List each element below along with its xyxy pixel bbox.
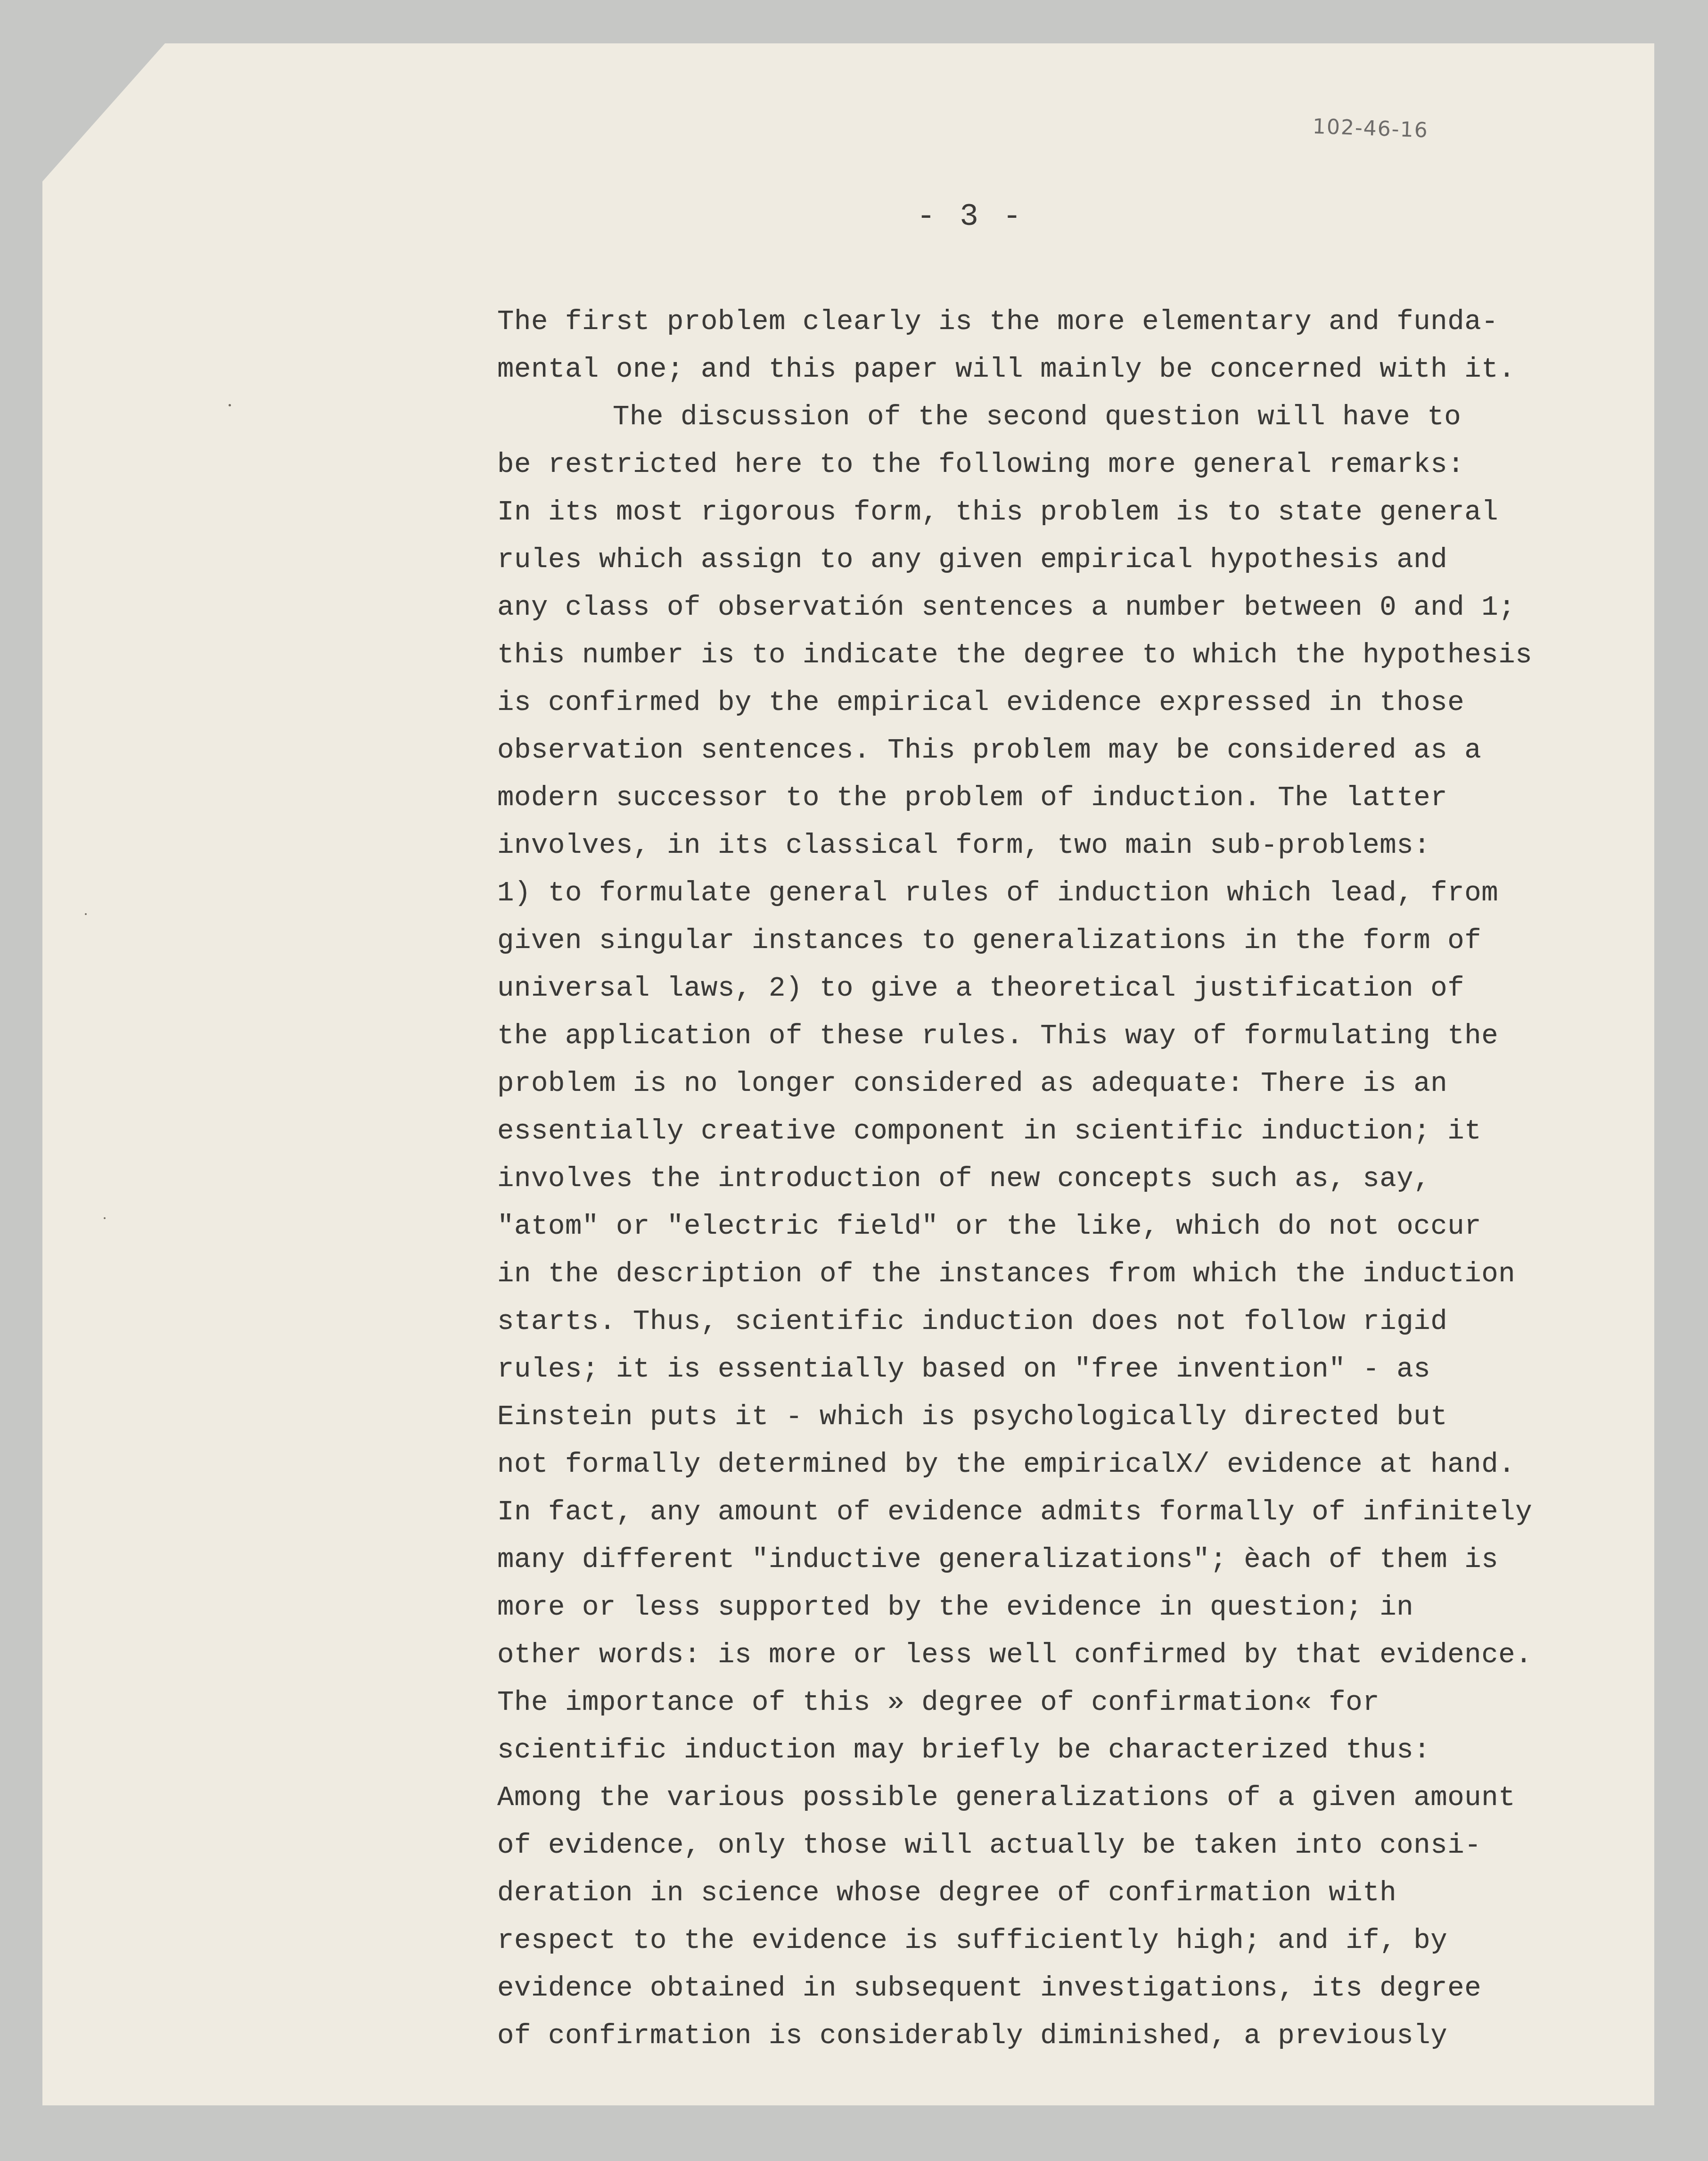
text-line: modern successor to the problem of induc… (497, 774, 1708, 822)
paper-speck (104, 1217, 106, 1219)
paper-speck (229, 404, 231, 406)
page-number: - 3 - (917, 199, 1024, 234)
text-line: rules; it is essentially based on "free … (497, 1345, 1708, 1393)
text-line: starts. Thus, scientific induction does … (497, 1298, 1708, 1345)
text-line: The discussion of the second question wi… (497, 393, 1708, 441)
text-line: essentially creative component in scient… (497, 1107, 1708, 1155)
text-line: Among the various possible generalizatio… (497, 1774, 1708, 1822)
text-line: The importance of this » degree of confi… (497, 1679, 1708, 1726)
text-line: of confirmation is considerably diminish… (497, 2012, 1708, 2060)
text-line: rules which assign to any given empirica… (497, 536, 1708, 584)
text-line: not formally determined by the empirical… (497, 1441, 1708, 1488)
text-line: deration in science whose degree of conf… (497, 1869, 1708, 1917)
text-line: involves, in its classical form, two mai… (497, 822, 1708, 869)
text-line: many different "inductive generalization… (497, 1536, 1708, 1584)
text-line: scientific induction may briefly be char… (497, 1726, 1708, 1774)
text-line: 1) to formulate general rules of inducti… (497, 869, 1708, 917)
text-line: given singular instances to generalizati… (497, 917, 1708, 965)
text-line: is confirmed by the empirical evidence e… (497, 679, 1708, 726)
text-line: mental one; and this paper will mainly b… (497, 346, 1708, 393)
text-line: involves the introduction of new concept… (497, 1155, 1708, 1203)
text-line: the application of these rules. This way… (497, 1012, 1708, 1060)
text-line: respect to the evidence is sufficiently … (497, 1917, 1708, 1964)
text-line: In its most rigorous form, this problem … (497, 488, 1708, 536)
text-line: Einstein puts it - which is psychologica… (497, 1393, 1708, 1441)
text-line: be restricted here to the following more… (497, 441, 1708, 488)
text-line: in the description of the instances from… (497, 1250, 1708, 1298)
text-line: The first problem clearly is the more el… (497, 298, 1708, 346)
text-line: this number is to indicate the degree to… (497, 631, 1708, 679)
text-line: more or less supported by the evidence i… (497, 1584, 1708, 1631)
text-line: "atom" or "electric field" or the like, … (497, 1203, 1708, 1250)
paper-speck (85, 913, 87, 915)
text-line: evidence obtained in subsequent investig… (497, 1964, 1708, 2012)
text-line: universal laws, 2) to give a theoretical… (497, 965, 1708, 1012)
text-line: of evidence, only those will actually be… (497, 1822, 1708, 1869)
text-line: In fact, any amount of evidence admits f… (497, 1488, 1708, 1536)
document-page: 102-46-16 - 3 - The first problem clearl… (42, 43, 1654, 2105)
text-line: other words: is more or less well confir… (497, 1631, 1708, 1679)
handwritten-archive-number: 102-46-16 (1312, 115, 1429, 143)
text-line: any class of observatión sentences a num… (497, 584, 1708, 631)
typed-body-text: The first problem clearly is the more el… (497, 298, 1708, 2060)
text-line: problem is no longer considered as adequ… (497, 1060, 1708, 1107)
text-line: observation sentences. This problem may … (497, 726, 1708, 774)
